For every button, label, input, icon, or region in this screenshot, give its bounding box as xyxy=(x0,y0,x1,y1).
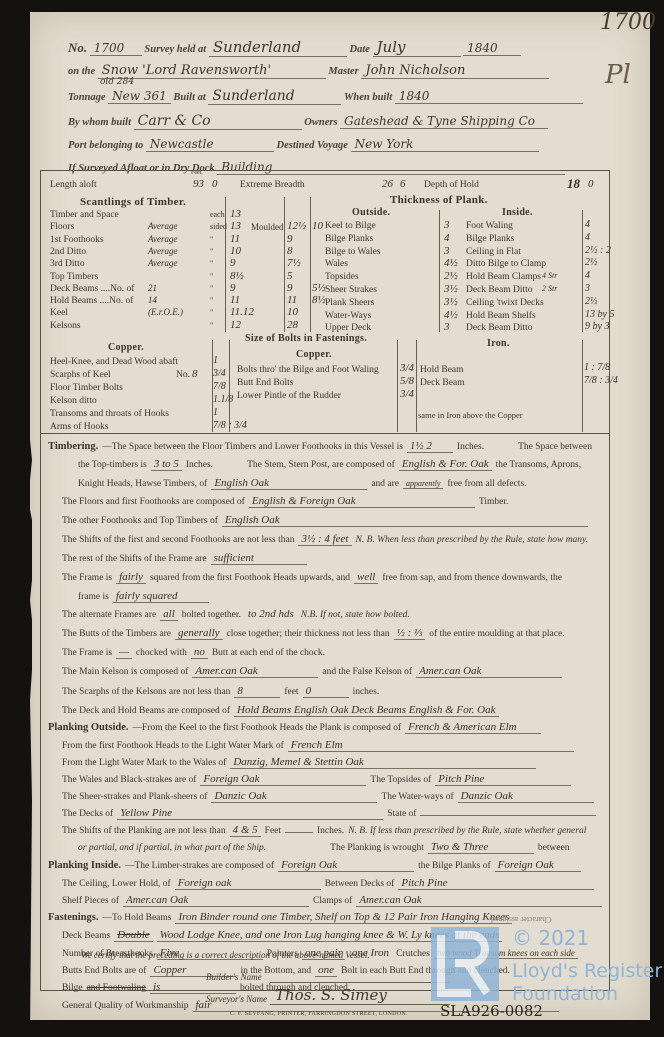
section-heading: Timbering. xyxy=(48,441,98,452)
scantling-moulded: 9 xyxy=(287,233,293,245)
printer-imprint: C. F. SEYFANG, PRINTER, FARRINGDON STREE… xyxy=(230,1011,408,1017)
filled-field: Pitch Pine xyxy=(435,773,571,786)
scantling-label: Top Timbers xyxy=(50,272,98,282)
form-line: Shelf Pieces ofAmer.can OakClamps ofAmer… xyxy=(62,894,606,907)
section-heading: Planking Outside. xyxy=(48,722,129,733)
filled-field: — xyxy=(116,646,132,659)
scantling-kind: " xyxy=(210,235,213,244)
filled-field: sufficient xyxy=(211,552,307,565)
plank-outside-label: Upper Deck xyxy=(325,323,371,333)
length-label: Length aloft xyxy=(50,180,97,190)
filled-field xyxy=(285,832,313,833)
divider xyxy=(582,340,583,432)
copper-no-label: No. xyxy=(176,370,190,380)
form-line: The Shifts of the Planking are not less … xyxy=(62,824,590,837)
survey-place: Sunderland xyxy=(209,38,347,57)
plank-outside-label: Topsides xyxy=(325,272,359,282)
survey-held-label: Survey held at xyxy=(144,44,206,55)
filled-field: 1½ 2 xyxy=(407,440,453,453)
copper-label: Floor Timber Bolts xyxy=(50,383,123,393)
plank-title: Thickness of Plank. xyxy=(390,194,488,206)
filled-field: Amer.can Oak xyxy=(356,894,602,907)
length-feet: 93 xyxy=(193,178,204,190)
bolt-copper-label: Lower Pintle of the Rudder xyxy=(237,391,341,401)
scantling-sided: 13 xyxy=(230,208,241,220)
plank-inside-label: Bilge Planks xyxy=(466,234,514,244)
field-label: From the Light Water Mark to the Wales o… xyxy=(62,758,226,768)
date-year: 1840 xyxy=(463,41,521,56)
when-built-label: When built xyxy=(344,92,392,103)
field-label: Between Decks of xyxy=(325,879,395,889)
filled-field: Foreign Oak xyxy=(278,859,414,872)
scantling-moulded: 28 xyxy=(287,319,298,331)
bolt-copper-label: Butt End Bolts xyxy=(237,378,293,388)
divider xyxy=(397,340,398,432)
breadth-label: Extreme Breadth xyxy=(240,180,305,190)
divider xyxy=(225,197,226,332)
filled-field: is xyxy=(150,981,236,994)
filled-field: Amer.can Oak xyxy=(123,894,309,907)
filled-field: Hold Beams English Oak Deck Beams Englis… xyxy=(234,704,498,717)
form-line: Planking Outside.—From the Keel to the f… xyxy=(48,721,545,734)
filled-field: English Oak xyxy=(211,477,367,490)
plank-inside-value: 9 by 3 xyxy=(585,321,609,332)
scantling-label: Keel xyxy=(50,308,68,318)
scantling-moulded: 9 xyxy=(287,282,293,294)
builder-name-label: Builder's Name xyxy=(206,972,262,982)
plank-outside-label: Plank Sheers xyxy=(325,298,374,308)
field-label: Inches. xyxy=(457,442,484,452)
field-label: and Footwaling xyxy=(87,983,146,993)
owners-value: Gateshead & Tyne Shipping Co xyxy=(340,114,548,129)
filled-field: French & American Elm xyxy=(405,721,541,734)
plank-inside-label: Deck Beam Ditto xyxy=(466,323,532,333)
filled-field: Danzig, Memel & Stettin Oak xyxy=(230,756,536,769)
filled-field: no xyxy=(191,646,208,659)
field-label: The Deck and Hold Beams are composed of xyxy=(62,706,230,716)
plank-inside-label: Foot Waling xyxy=(466,221,513,231)
depth-feet: 18 xyxy=(567,176,580,192)
breadth-feet: 26 xyxy=(382,178,393,190)
scantling-label: Floors xyxy=(50,222,74,232)
field-label: feet xyxy=(284,687,298,697)
bolt-copper-value: 3/4 xyxy=(400,388,414,400)
scantling-sided: 9 xyxy=(230,257,236,269)
field-label: Bilge xyxy=(62,983,83,993)
bolts-copper-title: Copper. xyxy=(296,349,332,360)
scantling-moulded: 10 xyxy=(287,306,298,318)
plank-inside-note: 2 Str xyxy=(542,284,557,293)
field-label: The Water-ways of xyxy=(381,792,453,802)
divider xyxy=(310,197,311,332)
field-label: The Stem, Stern Post, are composed of xyxy=(247,460,395,470)
field-label: The Scarphs of the Kelsons are not less … xyxy=(62,687,230,697)
copper-value: 3/4 xyxy=(213,368,226,379)
filled-field: English & For. Oak xyxy=(399,458,492,471)
field-label: the Bilge Planks of xyxy=(418,861,491,871)
plank-outside-value: 4½ xyxy=(444,309,458,321)
copper-no-value: 8 xyxy=(192,368,198,380)
bolts-iron-title: Iron. xyxy=(487,338,510,349)
field-label: bolted together. xyxy=(182,610,241,620)
form-line: The rest of the Shifts of the Frame ares… xyxy=(62,552,311,565)
bolts-title: Size of Bolts in Fastenings. xyxy=(245,333,367,344)
field-label: General Quality of Workmanship xyxy=(62,1001,189,1011)
scantling-moulded: 12½ xyxy=(287,220,306,232)
field-label: The Sheer-strakes and Plank-sheers of xyxy=(62,792,207,802)
form-line: From the Light Water Mark to the Wales o… xyxy=(62,756,540,769)
filled-field: French Elm xyxy=(288,739,574,752)
plank-inside-label: Hold Beam Clamps xyxy=(466,272,541,282)
field-label: The Butts of the Timbers are xyxy=(62,629,171,639)
builder-value: Carr & Co xyxy=(134,113,302,130)
field-label: The Ceiling, Lower Hold, of xyxy=(62,879,171,889)
plank-inside-label: Ceiling 'twixt Decks xyxy=(466,298,544,308)
scantling-note: Average xyxy=(148,258,178,268)
plank-outside-value: 4½ xyxy=(444,257,458,269)
field-label: free from all defects. xyxy=(447,479,526,489)
scantling-kind: " xyxy=(210,308,213,317)
plank-inside-value: 4 xyxy=(585,219,590,230)
section-heading: Fastenings. xyxy=(48,912,98,923)
scantling-kind: sided xyxy=(210,222,227,231)
field-label: The rest of the Shifts of the Frame are xyxy=(62,554,207,564)
filled-field: Yellow Pine xyxy=(117,807,383,820)
scantling-moulded: 11 xyxy=(287,294,297,306)
plank-outside-label: Bilge to Wales xyxy=(325,247,381,257)
plank-inside-label: Hold Beam Shelfs xyxy=(466,311,536,321)
plank-outside-label: Water-Ways xyxy=(325,311,371,321)
scantling-sided: 8½ xyxy=(230,270,244,282)
field-label: The Main Kelson is composed of xyxy=(62,667,188,677)
scantling-label: Deck Beams ....No. of xyxy=(50,284,134,294)
filled-field: all xyxy=(160,608,178,621)
filled-field: 3 to 5 xyxy=(151,458,182,471)
tonnage-old: old 284 xyxy=(100,77,664,87)
form-line: The Ceiling, Lower Hold, ofForeign oakBe… xyxy=(62,877,598,890)
copper-title: Copper. xyxy=(108,342,144,353)
field-label: Butts End Bolts are of xyxy=(62,966,146,976)
divider xyxy=(582,210,583,332)
by-whom-label: By whom built xyxy=(68,117,131,128)
filled-field: Foreign Oak xyxy=(495,859,581,872)
plank-inside-value: 2½ xyxy=(585,296,598,307)
copper-label: Transoms and throats of Hooks xyxy=(50,409,169,419)
plank-outside-label: Wales xyxy=(325,259,348,269)
form-line: The Frame isfairlysquared from the first… xyxy=(62,571,566,584)
voyage-label: Destined Voyage xyxy=(277,140,348,151)
scantling-label: 3rd Ditto xyxy=(50,259,85,269)
field-label: frame is xyxy=(78,592,109,602)
scantling-ends: 5½ xyxy=(312,282,326,294)
same-in-iron: same in Iron above the Copper xyxy=(418,410,523,420)
field-label: Deck Beams xyxy=(62,931,110,941)
tonnage-label: Tonnage xyxy=(68,92,106,103)
scantling-note: (E.r.O.E.) xyxy=(148,307,183,317)
torn-left-edge xyxy=(0,0,32,1037)
form-line: Fastenings.—To Hold BeamsIron Binder rou… xyxy=(48,911,516,924)
filled-field: Danzic Oak xyxy=(211,790,377,803)
scantling-sided: 12 xyxy=(230,319,241,331)
plank-outside-label: Bilge Planks xyxy=(325,234,373,244)
field-label: N. B. When less than prescribed by the R… xyxy=(356,535,589,545)
form-line: The Floors and first Foothooks are compo… xyxy=(62,495,512,508)
filled-field: apparently xyxy=(403,479,443,489)
filled-field: Amer.can Oak xyxy=(192,665,318,678)
filled-field: fairly xyxy=(116,571,146,584)
scantling-kind: " xyxy=(210,321,213,330)
outside-title: Outside. xyxy=(352,207,390,218)
copper-value: 7/8 xyxy=(213,381,226,392)
field-label: The Decks of xyxy=(62,809,113,819)
surveyor-signature: Thos. S. Simey xyxy=(275,986,387,1004)
divider xyxy=(416,340,417,432)
scantling-ends: 10 xyxy=(312,220,323,232)
scantling-sided: 11 xyxy=(230,294,240,306)
form-line: the Top-timbers is3 to 5Inches.The Stem,… xyxy=(78,458,585,471)
scantling-note: Average xyxy=(148,234,178,244)
surveyor-name-line xyxy=(270,1004,450,1005)
port-label: Port belonging to xyxy=(68,140,143,151)
filled-field: English & Foreign Oak xyxy=(249,495,475,508)
copper-label: Kelson ditto xyxy=(50,396,97,406)
filled-field: ½ : ⅓ xyxy=(394,627,426,640)
field-label: the Top-timbers is xyxy=(78,460,147,470)
scantling-moulded: 8 xyxy=(287,245,293,257)
form-line: frame isfairly squared xyxy=(78,590,213,603)
field-label: The Shifts of the Planking are not less … xyxy=(62,826,226,836)
field-label: The other Foothooks and Top Timbers of xyxy=(62,516,218,526)
tonnage-value: New 361 xyxy=(108,89,171,104)
plank-outside-value: 4 xyxy=(444,232,450,244)
filled-field: Two & Three xyxy=(428,841,534,854)
plank-outside-value: 3½ xyxy=(444,296,458,308)
field-label: —The Space between the Floor Timbers and… xyxy=(102,442,403,452)
filled-field: well xyxy=(354,571,378,584)
field-label: N.B. If not, state how bolted. xyxy=(301,610,410,620)
watermark-copyright: © 2021 xyxy=(512,926,589,950)
field-label: the Transoms, Aprons, xyxy=(496,460,582,470)
scantling-sided: 11 xyxy=(230,233,240,245)
voyage-value: New York xyxy=(351,137,539,152)
scantling-sided: 10 xyxy=(230,245,241,257)
plank-inside-value: 2½ xyxy=(585,257,598,268)
field-label: From the first Foothook Heads to the Lig… xyxy=(62,741,284,751)
scantling-kind: " xyxy=(210,247,213,256)
field-label: Feet xyxy=(265,826,281,836)
filled-field: 4 & 5 xyxy=(230,824,261,837)
field-label: Shelf Pieces of xyxy=(62,896,119,906)
copper-label: Scarphs of Keel xyxy=(50,370,111,380)
bolt-iron-value: 7/8 : 3/4 xyxy=(584,375,618,386)
filled-field xyxy=(420,815,596,816)
plank-outside-value: 3 xyxy=(444,219,450,231)
form-line: The Decks ofYellow PineState of xyxy=(62,807,600,820)
divider xyxy=(284,197,285,332)
plank-inside-label: Ditto Bilge to Clamp xyxy=(466,259,546,269)
scantling-label: Kelsons xyxy=(50,321,81,331)
plank-inside-note: 4 Str xyxy=(542,271,557,280)
inside-title: Inside. xyxy=(502,207,533,218)
field-label: and the False Kelson of xyxy=(322,667,412,677)
field-label: The Wales and Black-strakes are of xyxy=(62,775,196,785)
survey-number: 1700 xyxy=(90,41,142,56)
scantling-note: Average xyxy=(148,221,178,231)
field-label: inches. xyxy=(353,687,380,697)
plank-outside-value: 3 xyxy=(444,245,450,257)
divider xyxy=(229,340,230,432)
section-heading: Planking Inside. xyxy=(48,860,121,871)
bolt-copper-label: Bolts thro' the Bilge and Foot Waling xyxy=(237,365,379,375)
filled-field: Iron Binder round one Timber, Shelf on T… xyxy=(175,911,512,924)
copper-label: Heel-Knee, and Dead Wood abaft xyxy=(50,357,178,367)
scantling-moulded: 5 xyxy=(287,270,293,282)
copper-value: 1.1/8 xyxy=(213,394,233,405)
form-line: Planking Inside.—The Limber-strakes are … xyxy=(48,859,585,872)
form-line: From the first Foothook Heads to the Lig… xyxy=(62,739,578,752)
margin-initials: Pl xyxy=(605,60,631,90)
filled-field: one xyxy=(315,964,337,977)
plank-inside-label: Ceiling in Flat xyxy=(466,247,521,257)
field-label: and are xyxy=(371,479,399,489)
scantling-kind: each xyxy=(210,210,225,219)
plank-outside-value: 3½ xyxy=(444,283,458,295)
field-label: Timber. xyxy=(479,497,508,507)
scantling-sided: 11.12 xyxy=(230,306,254,318)
form-line: Knight Heads, Hawse Timbers, ofEnglish O… xyxy=(78,477,531,490)
field-label: The Planking is wrought xyxy=(330,843,424,853)
filled-field: Foreign oak xyxy=(175,877,321,890)
bolt-copper-value: 5/8 xyxy=(400,375,414,387)
date-month: July xyxy=(373,38,461,57)
filled-field: fairly squared xyxy=(113,590,209,603)
built-at-label: Built at xyxy=(173,92,205,103)
plank-outside-label: Keel to Bilge xyxy=(325,221,376,231)
form-line: The Sheer-strakes and Plank-sheers ofDan… xyxy=(62,790,598,803)
scantling-label: 1st Foothooks xyxy=(50,235,104,245)
copper-value: 7/8 : 3/4 xyxy=(213,420,247,431)
archive-reference: SLA926-0082 xyxy=(440,1002,543,1020)
plank-inside-value: 3 xyxy=(585,283,590,294)
length-inches: 0 xyxy=(212,178,218,190)
copper-value: 1 xyxy=(213,355,218,366)
field-label: close together; their thickness not less… xyxy=(227,629,390,639)
breadth-inches: 6 xyxy=(400,178,406,190)
field-label: of the entire moulding at that place. xyxy=(429,629,564,639)
field-label: The Space between xyxy=(518,442,592,452)
filled-field: English Oak xyxy=(222,514,588,527)
bolt-iron-label: Hold Beam xyxy=(420,365,464,375)
field-label: The Frame is xyxy=(62,648,112,658)
filled-field: 0 xyxy=(303,685,349,698)
plank-outside-value: 2½ xyxy=(444,270,458,282)
filled-field: Pitch Pine xyxy=(398,877,594,890)
form-line: The alternate Frames areallbolted togeth… xyxy=(62,608,414,621)
built-at-value: Sunderland xyxy=(208,88,341,105)
port-value: Newcastle xyxy=(146,137,274,152)
field-label: Inches. xyxy=(186,460,213,470)
scantling-kind: " xyxy=(210,259,213,268)
scantling-note: 14 xyxy=(148,295,157,305)
filled-field: 8 xyxy=(234,685,280,698)
scantling-kind: " xyxy=(210,284,213,293)
field-label: The Topsides of xyxy=(370,775,431,785)
scantling-sided: 9 xyxy=(230,282,236,294)
owners-label: Owners xyxy=(304,117,337,128)
scantling-sided: 13 xyxy=(230,220,241,232)
scantling-label: 2nd Ditto xyxy=(50,247,86,257)
scantling-note: Average xyxy=(148,246,178,256)
field-label: —From the Keel to the first Foothook Hea… xyxy=(133,723,402,733)
filled-field: 3½ : 4 feet xyxy=(298,533,351,546)
field-label: or partial, and if partial, in what part… xyxy=(78,843,266,853)
form-line: The other Foothooks and Top Timbers ofEn… xyxy=(62,514,592,527)
on-the-label: on the xyxy=(68,66,95,77)
plank-inside-label: Deck Beam Ditto xyxy=(466,285,532,295)
number-label: No. xyxy=(68,40,87,55)
watermark-line1: Lloyd's Register xyxy=(512,960,662,982)
form-line: The Butts of the Timbers aregenerallyclo… xyxy=(62,627,569,640)
field-label: N. B. If less than prescribed by the Rul… xyxy=(348,826,586,836)
when-built-value: 1840 xyxy=(395,89,583,104)
scantlings-title: Scantlings of Timber. xyxy=(80,196,186,208)
field-label: —The Limber-strakes are composed of xyxy=(125,861,274,871)
field-label: free from sap, and from thence downwards… xyxy=(382,573,562,583)
filled-field: Foreign Oak xyxy=(200,773,366,786)
plank-outside-label: Sheer Strakes xyxy=(325,285,377,295)
field-label: Knight Heads, Hawse Timbers, of xyxy=(78,479,207,489)
field-label: The Floors and first Foothooks are compo… xyxy=(62,497,245,507)
field-label: State of xyxy=(387,809,416,819)
date-label: Date xyxy=(349,44,369,55)
plank-outside-value: 3 xyxy=(444,321,450,333)
filled-field: to 2nd hds xyxy=(245,608,297,620)
scantling-label: Hold Beams ....No. of xyxy=(50,296,133,306)
margin-number: 1700 xyxy=(600,10,656,35)
bolt-iron-value: 1 : 7/8 xyxy=(584,362,610,373)
field-label: Butt at each end of the chock. xyxy=(212,648,325,658)
field-label: The alternate Frames are xyxy=(62,610,156,620)
character-assigned-label: Character assigned xyxy=(491,915,552,924)
field-label: —To Hold Beams xyxy=(102,913,171,923)
filled-field: generally xyxy=(175,627,223,640)
scantling-kind: " xyxy=(210,272,213,281)
plank-inside-value: 13 by 5 xyxy=(585,309,614,320)
field-label: squared from the first Foothook Heads up… xyxy=(150,573,350,583)
certify-text: We certify that the preceding is a corre… xyxy=(81,950,370,960)
form-line: The Shifts of the first and second Footh… xyxy=(62,533,592,546)
bolt-iron-label: Deck Beam xyxy=(420,378,465,388)
field-label: chocked with xyxy=(136,648,187,658)
form-line: Timbering.—The Space between the Floor T… xyxy=(48,440,596,453)
filled-field: Amer.can Oak xyxy=(416,665,562,678)
form-line: The Frame is—chocked withnoButt at each … xyxy=(62,646,329,659)
filled-field: Danzic Oak xyxy=(458,790,594,803)
surveyor-name-label: Surveyor's Name xyxy=(206,994,267,1004)
plank-inside-value: 4 xyxy=(585,270,590,281)
builder-name-line xyxy=(270,982,450,983)
form-line: The Deck and Hold Beams are composed ofH… xyxy=(62,704,503,717)
scantling-moulded: 7½ xyxy=(287,257,301,269)
master-label: Master xyxy=(328,66,358,77)
moulded-label: Moulded xyxy=(251,222,284,232)
form-line: The Scarphs of the Kelsons are not less … xyxy=(62,685,383,698)
plank-inside-value: 2½ : 2 xyxy=(585,245,611,256)
divider xyxy=(439,210,440,332)
bolt-copper-value: 3/4 xyxy=(400,362,414,374)
filled-field: Double xyxy=(114,929,152,942)
scantling-ends: 8½ xyxy=(312,294,326,306)
